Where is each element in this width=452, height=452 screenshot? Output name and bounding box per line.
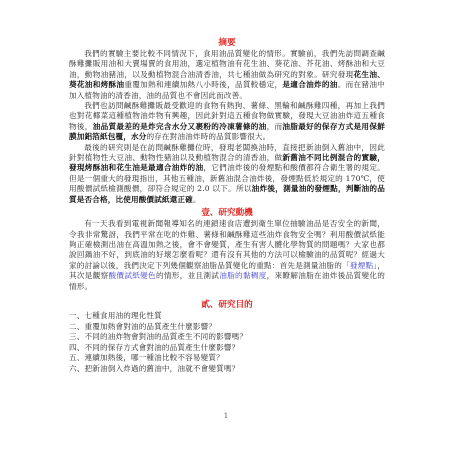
list-item: 二、重覆加熱會對油的品質產生什麼影響？ (69, 322, 385, 333)
highlight-text: 發煙點 (350, 261, 373, 270)
abstract-heading: 摘要 (69, 38, 385, 49)
text-run: 有一天我看到電視新聞報導知名的連鎖速食店遭到衛生單位抽驗油品是否安全的新聞，令我… (69, 219, 385, 270)
list-item: 一、七種食用油的理化性質 (69, 311, 385, 322)
purpose-list: 一、七種食用油的理化性質 二、重覆加熱會對油的品質產生什麼影響？ 三、不同的油炸… (69, 311, 385, 375)
document-page: 摘要 我們的實驗主要比較不同情況下，食用油品質變化的情形。實驗前，我們先訪問調查… (69, 38, 385, 375)
bold-text: 是適合油炸的油 (282, 80, 337, 89)
list-item: 三、不同的油炸物會對油的品質產生不同的影響嗎？ (69, 332, 385, 343)
text-run: 重覆加熱和連續加熱八小時後，品質較穩定， (124, 80, 282, 89)
bold-text: 油品質最差的是炸完含水分又裹粉的冷凍薯條的油 (93, 122, 267, 131)
motivation-heading: 壹、研究動機 (69, 208, 385, 219)
highlight-text: 油脂的黏稠度 (219, 271, 266, 280)
page-number: 1 (0, 412, 452, 420)
motivation-paragraph: 有一天我看到電視新聞報導知名的連鎖速食店遭到衛生單位抽驗油品是否安全的新聞，令我… (69, 219, 385, 292)
abstract-paragraph-2: 我們也訪問鹹酥雞攤販最受歡迎的食物有熱狗、薯條、黑輪和鹹酥雞四種，再加上我們也對… (69, 101, 385, 143)
purpose-heading: 貳、研究目的 (69, 300, 385, 311)
list-item: 六、把新油倒入炸過的舊油中，油就不會變質嗎？ (69, 364, 385, 375)
list-item: 五、連續加熱後，哪一種油比較不容易變質？ (69, 353, 385, 364)
abstract-paragraph-1: 我們的實驗主要比較不同情況下，食用油品質變化的情形。實驗前，我們先訪問調查鹹酥雞… (69, 49, 385, 101)
text-run: 。 (193, 195, 201, 204)
list-item: 四、不同的保存方式會對油的品質產生什麼影響？ (69, 343, 385, 354)
abstract-paragraph-3: 最後的研究則是在訪問鹹酥雞攤位時，發現老闆換油時，直接把新油倒入舊油中，因此針對… (69, 143, 385, 205)
text-run: 的情形，並且測試 (156, 271, 219, 280)
text-run: 的存在對油油炸時的品質影響很大。 (146, 132, 270, 141)
text-run: ，而 (267, 122, 283, 131)
highlight-text: 酸價試紙變色 (109, 271, 156, 280)
text-run: 我們的實驗主要比較不同情況下，食用油品質變化的情形。實驗前，我們先訪問調查鹹酥雞… (69, 49, 385, 79)
